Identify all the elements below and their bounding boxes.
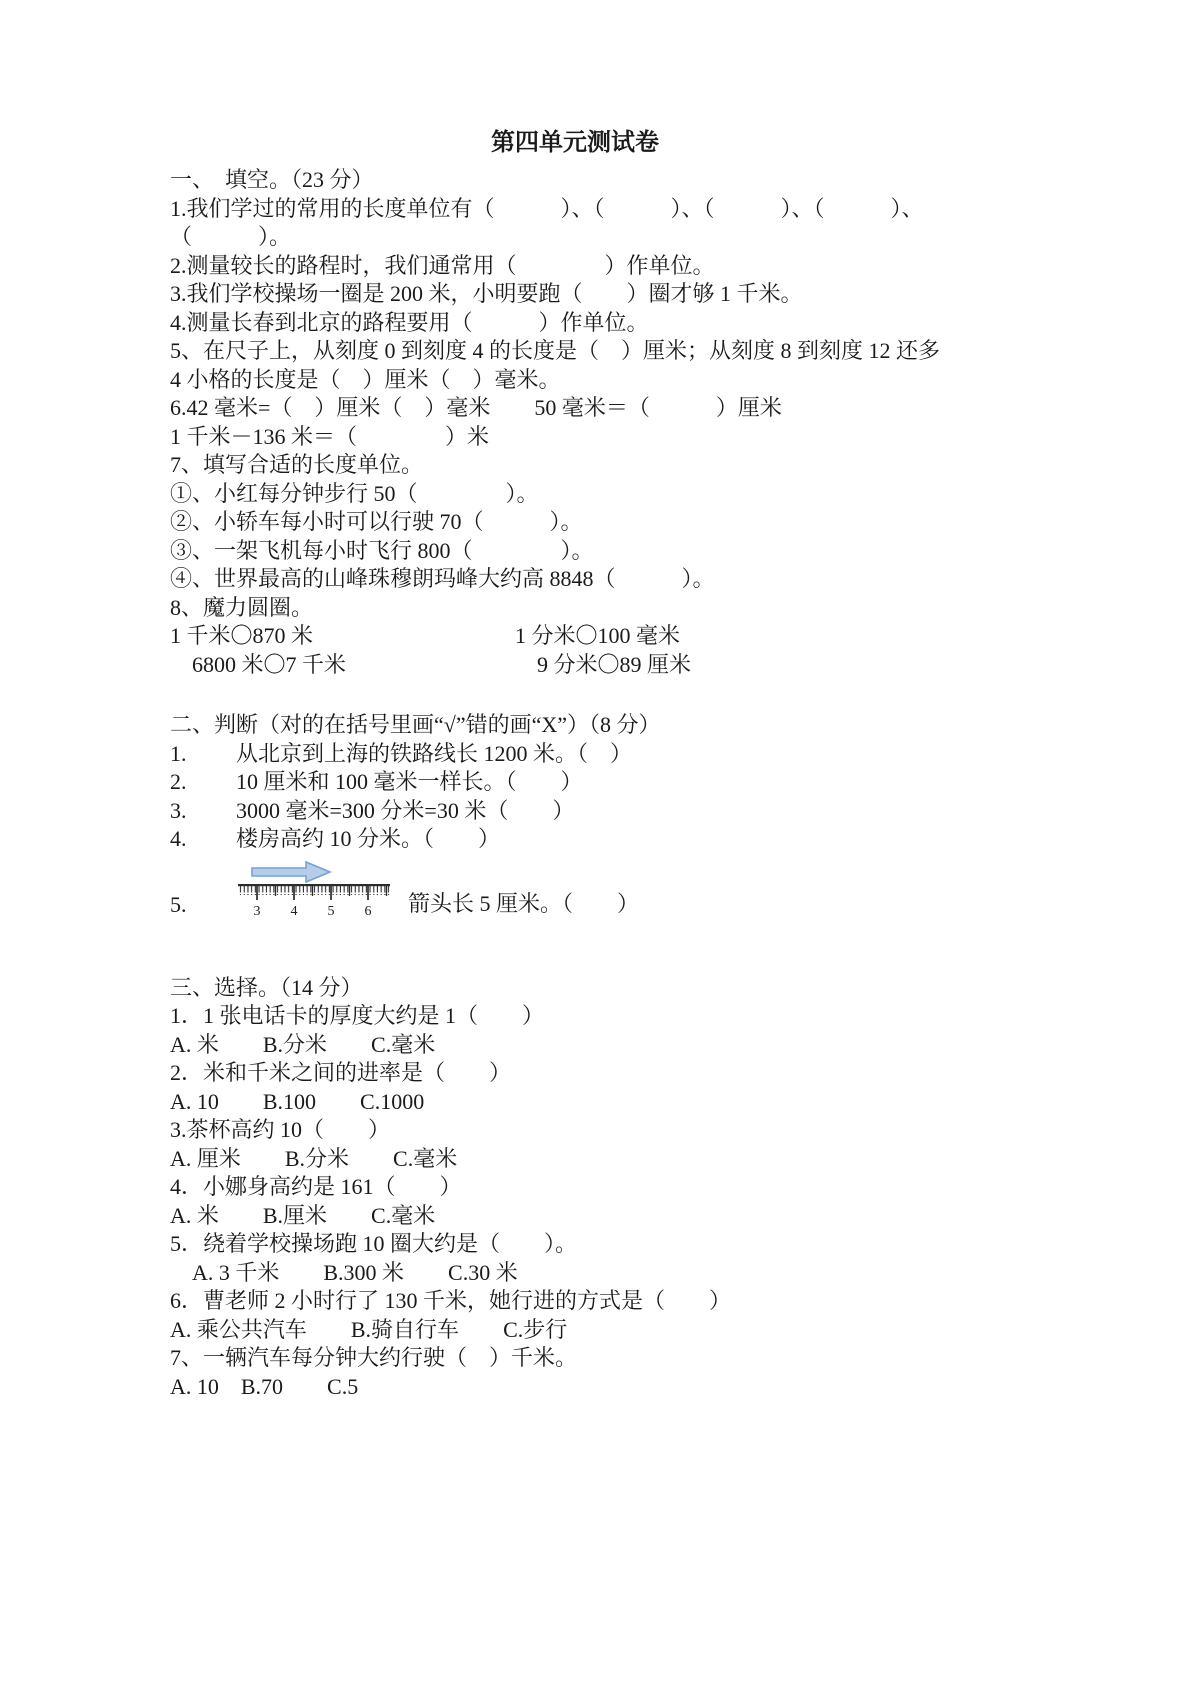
judge-item-text: 3000 毫米=300 分米=30 米（ ） bbox=[236, 797, 574, 826]
compare-expression: 9 分米〇89 厘米 bbox=[515, 651, 860, 680]
fill-blank-line: 3.我们学校操场一圈是 200 米，小明要跑（ ）圈才够 1 千米。 bbox=[170, 280, 980, 309]
fill-blank-line: ④、世界最高的山峰珠穆朗玛峰大约高 8848（ ）。 bbox=[170, 565, 980, 594]
fill-blank-line: 4.测量长春到北京的路程要用（ ）作单位。 bbox=[170, 309, 980, 338]
choice-question-line: 4．小娜身高约是 161（ ） bbox=[170, 1173, 980, 1202]
judge-item: 3. 3000 毫米=300 分米=30 米（ ） bbox=[170, 797, 980, 826]
choice-options-line: A. 乘公共汽车 B.骑自行车 C.步行 bbox=[170, 1316, 980, 1345]
circle-compare-row: 6800 米〇7 千米 9 分米〇89 厘米 bbox=[170, 651, 980, 680]
blue-arrow-icon bbox=[252, 862, 330, 882]
judge-item-number: 3. bbox=[170, 797, 236, 826]
section-choice: 三、选择。（14 分） 1．1 张电话卡的厚度大约是 1（ ） A. 米 B.分… bbox=[170, 974, 980, 1402]
judge-item-text: 从北京到上海的铁路线长 1200 米。（ ） bbox=[236, 740, 632, 769]
fill-blank-line: 8、魔力圆圈。 bbox=[170, 594, 980, 623]
ruler-number: 6 bbox=[365, 904, 372, 919]
choice-question-line: 7、一辆汽车每分钟大约行驶（ ）千米。 bbox=[170, 1344, 980, 1373]
judge-item-text: 10 厘米和 100 毫米一样长。（ ） bbox=[236, 768, 583, 797]
test-paper-page: 第四单元测试卷 一、 填空。（23 分） 1.我们学过的常用的长度单位有（ ）、… bbox=[0, 0, 1191, 1684]
circle-compare-row: 1 千米〇870 米 1 分米〇100 毫米 bbox=[170, 622, 980, 651]
paper-content: 第四单元测试卷 一、 填空。（23 分） 1.我们学过的常用的长度单位有（ ）、… bbox=[170, 128, 980, 1401]
judge-item-with-figure: 5. 3 4 5 6 箭头长 5 bbox=[170, 858, 980, 920]
judge-item: 4. 楼房高约 10 分米。（ ） bbox=[170, 825, 980, 854]
judge-item-number: 1. bbox=[170, 740, 236, 769]
judge-item-number: 5. bbox=[170, 891, 236, 920]
compare-expression: 1 千米〇870 米 bbox=[170, 622, 515, 651]
fill-blank-line: ①、小红每分钟步行 50（ ）。 bbox=[170, 480, 980, 509]
choice-options-line: A. 3 千米 B.300 米 C.30 米 bbox=[170, 1259, 980, 1288]
section3-heading: 三、选择。（14 分） bbox=[170, 974, 980, 1003]
fill-blank-line: 1.我们学过的常用的长度单位有（ ）、（ ）、（ ）、（ ）、（ ）。 bbox=[170, 195, 980, 252]
choice-question-line: 1．1 张电话卡的厚度大约是 1（ ） bbox=[170, 1002, 980, 1031]
choice-options-line: A. 米 B.厘米 C.毫米 bbox=[170, 1202, 980, 1231]
ruler-edge bbox=[238, 884, 390, 886]
choice-question-line: 5．绕着学校操场跑 10 圈大约是（ ）。 bbox=[170, 1230, 980, 1259]
section1-heading: 一、 填空。（23 分） bbox=[170, 166, 980, 195]
fill-blank-line: 6.42 毫米=（ ）厘米（ ）毫米 50 毫米＝（ ）厘米 bbox=[170, 394, 980, 423]
choice-options-line: A. 厘米 B.分米 C.毫米 bbox=[170, 1145, 980, 1174]
fill-blank-line: 1 千米－136 米＝（ ）米 bbox=[170, 423, 980, 452]
ruler-number: 5 bbox=[328, 904, 335, 919]
choice-question-line: 2．米和千米之间的进率是（ ） bbox=[170, 1059, 980, 1088]
fill-blank-line: 7、填写合适的长度单位。 bbox=[170, 451, 980, 480]
judge-item-number: 4. bbox=[170, 825, 236, 854]
choice-options-line: A. 米 B.分米 C.毫米 bbox=[170, 1031, 980, 1060]
section-judge: 二、判断（对的在括号里画“√”错的画“X”）（8 分） 1. 从北京到上海的铁路… bbox=[170, 711, 980, 920]
fill-blank-line: 5、在尺子上，从刻度 0 到刻度 4 的长度是（ ）厘米；从刻度 8 到刻度 1… bbox=[170, 337, 980, 366]
judge-item-text: 箭头长 5 厘米。（ ） bbox=[408, 890, 639, 920]
fill-blank-line: 2.测量较长的路程时，我们通常用（ ）作单位。 bbox=[170, 252, 980, 281]
fill-blank-line: 4 小格的长度是（ ）厘米（ ）毫米。 bbox=[170, 366, 980, 395]
judge-item: 1. 从北京到上海的铁路线长 1200 米。（ ） bbox=[170, 740, 980, 769]
ruler-number: 4 bbox=[291, 904, 298, 919]
ruler-number: 3 bbox=[254, 904, 261, 919]
ruler-arrow-figure: 3 4 5 6 bbox=[236, 858, 406, 920]
choice-question-line: 3.茶杯高约 10（ ） bbox=[170, 1116, 980, 1145]
section2-heading: 二、判断（对的在括号里画“√”错的画“X”）（8 分） bbox=[170, 711, 980, 740]
page-title: 第四单元测试卷 bbox=[170, 128, 980, 158]
choice-options-line: A. 10 B.100 C.1000 bbox=[170, 1088, 980, 1117]
fill-blank-line: ②、小轿车每小时可以行驶 70（ ）。 bbox=[170, 508, 980, 537]
judge-item: 2. 10 厘米和 100 毫米一样长。（ ） bbox=[170, 768, 980, 797]
compare-expression: 1 分米〇100 毫米 bbox=[515, 622, 860, 651]
compare-expression: 6800 米〇7 千米 bbox=[170, 651, 515, 680]
fill-blank-line: ③、一架飞机每小时飞行 800（ ）。 bbox=[170, 537, 980, 566]
section-fill-blanks: 一、 填空。（23 分） 1.我们学过的常用的长度单位有（ ）、（ ）、（ ）、… bbox=[170, 166, 980, 679]
judge-item-text: 楼房高约 10 分米。（ ） bbox=[236, 825, 500, 854]
choice-options-line: A. 10 B.70 C.5 bbox=[170, 1373, 980, 1402]
judge-item-number: 2. bbox=[170, 768, 236, 797]
choice-question-line: 6．曹老师 2 小时行了 130 千米，她行进的方式是（ ） bbox=[170, 1287, 980, 1316]
